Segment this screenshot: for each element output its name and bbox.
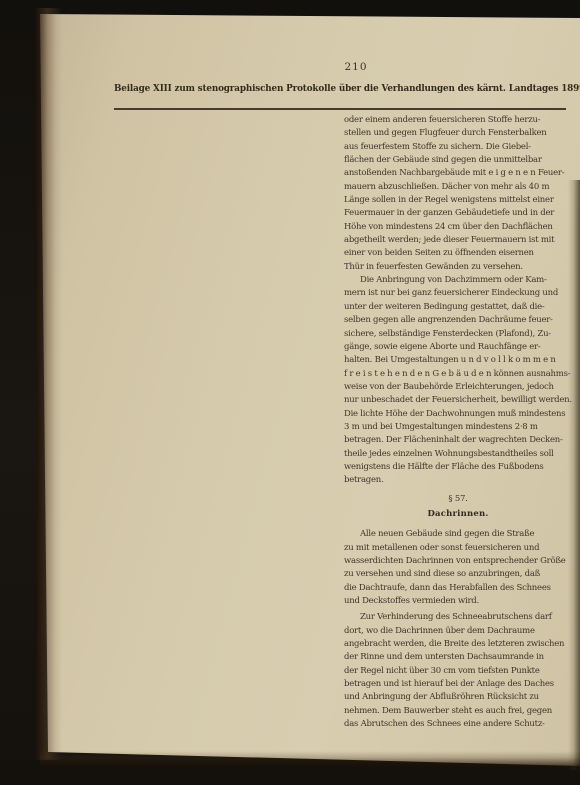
header-rule [114,108,566,110]
paragraph-snow-protection: Zur Verhinderung des Schneeabrutschens d… [344,611,572,731]
paragraph-attic-rooms: Die Anbringung von Dachzimmern oder Kam-… [344,274,572,488]
paragraph-gutters: Alle neuen Gebäude sind gegen die Straße… [344,528,572,608]
paragraph-fire-walls: oder einem anderen feuersicheren Stoffe … [344,114,572,274]
book-edge-shadow-bottom [40,751,580,767]
page-header-title: Beilage XIII zum stenographischen Protok… [114,84,568,94]
page-number: 210 [300,61,412,73]
text-column: oder einem anderen feuersicheren Stoffe … [344,114,572,731]
book-edge-shadow-right [568,180,580,770]
book-edge-shadow-left [36,8,62,760]
section-number: § 57. [344,493,572,506]
section-title: Dachrinnen. [344,508,572,521]
document-page: 210 Beilage XIII zum stenographischen Pr… [0,0,580,785]
